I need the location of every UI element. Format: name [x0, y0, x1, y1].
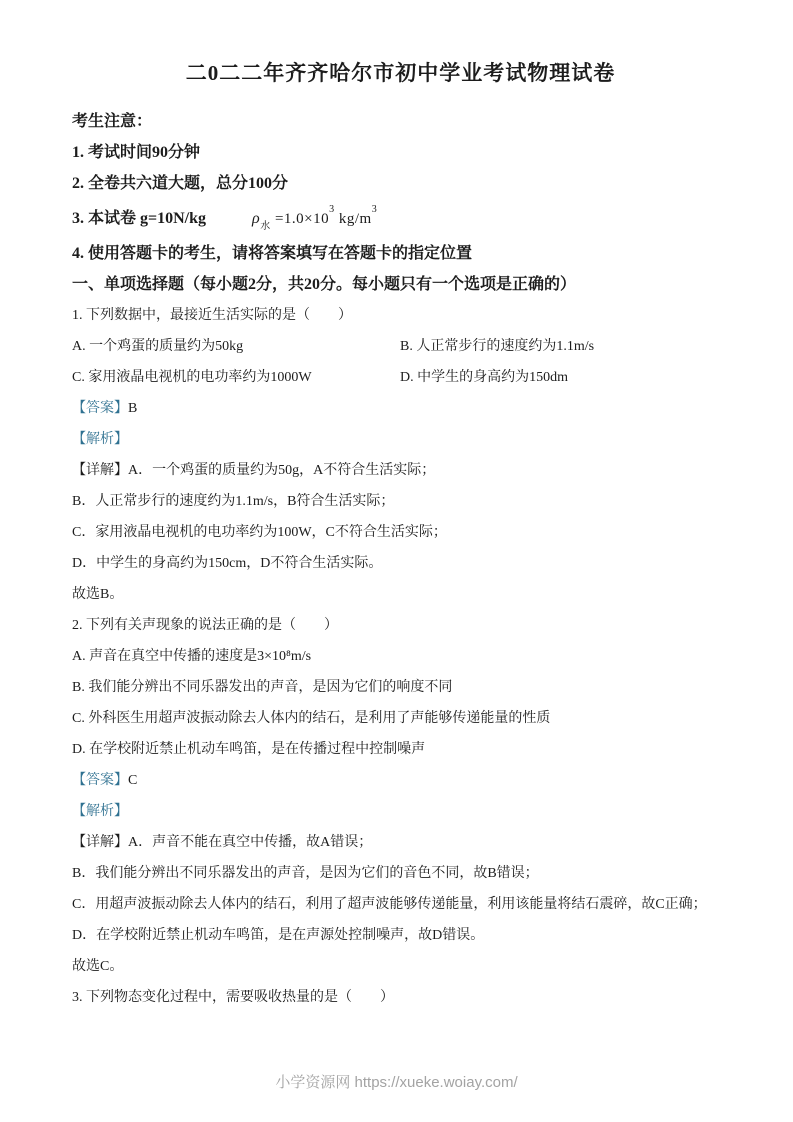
notice-item-3-text: 3. 本试卷 g=10N/kg: [72, 210, 206, 227]
water-density-formula: ρ水 =1.0×103 kg/m3: [252, 211, 377, 227]
q1-stem: 1. 下列数据中，最接近生活实际的是（ ）: [72, 300, 729, 331]
q1-answer-label: 【答案】: [72, 401, 128, 416]
notice-item-4: 4. 使用答题卡的考生，请将答案填写在答题卡的指定位置: [72, 238, 729, 269]
q1-analysis-label: 【解析】: [72, 432, 128, 447]
q2-option-b: B. 我们能分辨出不同乐器发出的声音，是因为它们的响度不同: [72, 672, 729, 703]
q2-answer-label: 【答案】: [72, 773, 128, 788]
q2-detail-d: D．在学校附近禁止机动车鸣笛，是在声源处控制噪声，故D错误。: [72, 920, 729, 951]
formula-unit-exponent: 3: [372, 204, 378, 215]
q3-stem: 3. 下列物态变化过程中，需要吸收热量的是（ ）: [72, 982, 729, 1013]
rho-subscript-water: 水: [260, 221, 271, 232]
q2-detail-b: B．我们能分辨出不同乐器发出的声音，是因为它们的音色不同，故B错误；: [72, 858, 729, 889]
q2-answer-value: C: [128, 773, 137, 788]
formula-unit: kg/m: [335, 211, 372, 227]
rho-symbol: ρ: [252, 210, 260, 227]
q1-options-row-1: A. 一个鸡蛋的质量约为50kg B. 人正常步行的速度约为1.1m/s: [72, 331, 729, 362]
q2-analysis-line: 【解析】: [72, 796, 729, 827]
q1-options-row-2: C. 家用液晶电视机的电功率约为1000W D. 中学生的身高约为150dm: [72, 362, 729, 393]
q2-analysis-label: 【解析】: [72, 804, 128, 819]
formula-exponent: 3: [329, 204, 335, 215]
q1-option-d: D. 中学生的身高约为150dm: [400, 362, 568, 393]
exam-title: 二0二二年齐齐哈尔市初中学业考试物理试卷: [72, 52, 729, 94]
notice-item-2: 2. 全卷共六道大题，总分100分: [72, 168, 729, 199]
exam-content: 二0二二年齐齐哈尔市初中学业考试物理试卷 考生注意： 1. 考试时间90分钟 2…: [0, 0, 793, 1013]
q1-detail-d: D．中学生的身高约为150cm，D不符合生活实际。: [72, 548, 729, 579]
notice-item-3: 3. 本试卷 g=10N/kgρ水 =1.0×103 kg/m3: [72, 199, 729, 230]
q2-detail-a: 【详解】A．声音不能在真空中传播，故A错误；: [72, 827, 729, 858]
q2-detail-c: C．用超声波振动除去人体内的结石，利用了超声波能够传递能量，利用该能量将结石震碎…: [72, 889, 729, 920]
q2-answer-line: 【答案】C: [72, 765, 729, 796]
q2-conclusion: 故选C。: [72, 951, 729, 982]
q2-option-c: C. 外科医生用超声波振动除去人体内的结石，是利用了声能够传递能量的性质: [72, 703, 729, 734]
q1-analysis-line: 【解析】: [72, 424, 729, 455]
site-watermark-footer: 小学资源网 https://xueke.woiay.com/: [0, 1071, 793, 1092]
formula-equals-mantissa: =1.0×10: [271, 211, 329, 227]
q2-option-d: D. 在学校附近禁止机动车鸣笛，是在传播过程中控制噪声: [72, 734, 729, 765]
section-1-heading: 一、单项选择题（每小题2分，共20分。每小题只有一个选项是正确的）: [72, 269, 729, 300]
q1-detail-a: 【详解】A．一个鸡蛋的质量约为50g，A不符合生活实际；: [72, 455, 729, 486]
q1-option-c: C. 家用液晶电视机的电功率约为1000W: [72, 362, 400, 393]
q1-answer-value: B: [128, 401, 137, 416]
q1-option-b: B. 人正常步行的速度约为1.1m/s: [400, 331, 594, 362]
exam-document-page: 二0二二年齐齐哈尔市初中学业考试物理试卷 考生注意： 1. 考试时间90分钟 2…: [0, 0, 793, 1122]
q2-stem: 2. 下列有关声现象的说法正确的是（ ）: [72, 610, 729, 641]
q1-detail-b: B．人正常步行的速度约为1.1m/s，B符合生活实际；: [72, 486, 729, 517]
q2-option-a: A. 声音在真空中传播的速度是3×10⁸m/s: [72, 641, 729, 672]
q1-answer-line: 【答案】B: [72, 393, 729, 424]
notice-heading: 考生注意：: [72, 106, 729, 137]
q1-option-a: A. 一个鸡蛋的质量约为50kg: [72, 331, 400, 362]
q1-detail-c: C．家用液晶电视机的电功率约为100W，C不符合生活实际；: [72, 517, 729, 548]
q1-conclusion: 故选B。: [72, 579, 729, 610]
notice-item-1: 1. 考试时间90分钟: [72, 137, 729, 168]
